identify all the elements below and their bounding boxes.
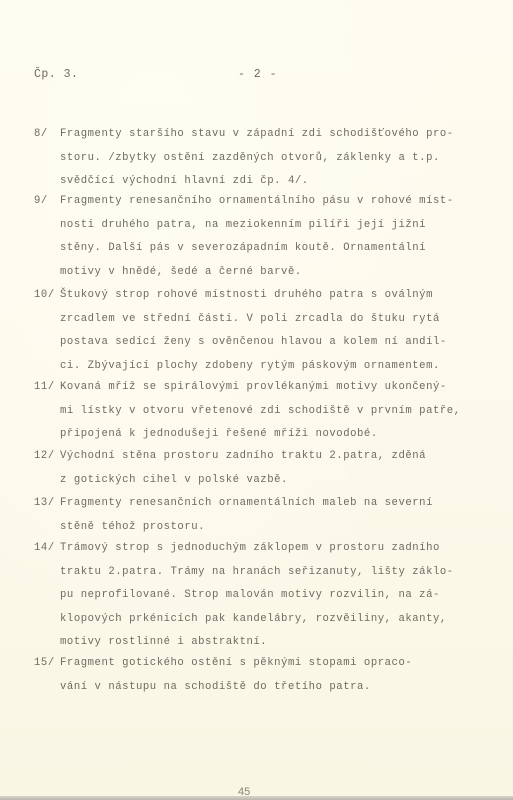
item-line: 14/Trámový strop s jednoduchým záklopem … xyxy=(34,537,504,561)
item-number: 15/ xyxy=(34,652,60,676)
list-item: 11/Kovaná mříž se spirálovými provlékaný… xyxy=(34,376,504,447)
item-line: traktu 2.patra. Trámy na hranách seřizan… xyxy=(34,561,504,585)
item-line: storu. /zbytky ostění zazděných otvorů, … xyxy=(34,147,504,171)
house-number-heading: Čp. 3. xyxy=(34,68,78,81)
list-item: 13/Fragmenty renesančních ornamentálních… xyxy=(34,492,504,539)
item-line: zrcadlem ve střední části. V poli zrcadl… xyxy=(34,308,504,332)
item-line: 12/Východní stěna prostoru zadního trakt… xyxy=(34,445,504,469)
item-text: pu neprofilované. Strop malován motivy r… xyxy=(60,589,440,601)
item-line: 13/Fragmenty renesančních ornamentálních… xyxy=(34,492,504,516)
item-line: 9/Fragmenty renesančního ornamentálního … xyxy=(34,190,504,214)
item-line: 8/Fragmenty staršího stavu v západní zdi… xyxy=(34,123,504,147)
item-line: připojená k jednodušeji řešené mříži nov… xyxy=(34,423,504,447)
item-text: Fragment gotického ostění s pěknými stop… xyxy=(60,657,412,669)
list-item: 14/Trámový strop s jednoduchým záklopem … xyxy=(34,537,504,655)
item-line: postava sedící ženy s ověnčenou hlavou a… xyxy=(34,331,504,355)
item-text: z gotických cihel v polské vazbě. xyxy=(60,474,288,486)
page-number-marker: - 2 - xyxy=(238,68,278,81)
item-text: nosti druhého patra, na meziokenním pilí… xyxy=(60,219,426,231)
item-text: motivy rostlinné i abstraktní. xyxy=(60,636,267,648)
item-line: pu neprofilované. Strop malován motivy r… xyxy=(34,584,504,608)
item-line: 10/Štukový strop rohové místnosti druhéh… xyxy=(34,284,504,308)
item-text: zrcadlem ve střední části. V poli zrcadl… xyxy=(60,313,440,325)
item-text: stěny. Další pás v severozápadním koutě.… xyxy=(60,242,426,254)
item-number: 10/ xyxy=(34,284,60,308)
item-text: ci. Zbývající plochy zdobeny rytým pásko… xyxy=(60,360,440,372)
item-text: Fragmenty renesančního ornamentálního pá… xyxy=(60,195,454,207)
list-item: 15/Fragment gotického ostění s pěknými s… xyxy=(34,652,504,699)
item-line: nosti druhého patra, na meziokenním pilí… xyxy=(34,214,504,238)
item-text: vání v nástupu na schodiště do třetího p… xyxy=(60,681,371,693)
item-number: 9/ xyxy=(34,190,60,214)
item-text: Fragmenty staršího stavu v západní zdi s… xyxy=(60,128,454,140)
list-item: 8/Fragmenty staršího stavu v západní zdi… xyxy=(34,123,504,194)
list-item: 9/Fragmenty renesančního ornamentálního … xyxy=(34,190,504,284)
item-line: z gotických cihel v polské vazbě. xyxy=(34,469,504,493)
list-item: 12/Východní stěna prostoru zadního trakt… xyxy=(34,445,504,492)
item-number: 8/ xyxy=(34,123,60,147)
item-text: storu. /zbytky ostění zazděných otvorů, … xyxy=(60,152,440,164)
item-line: mi lístky v otvoru vřetenové zdi schodiš… xyxy=(34,400,504,424)
item-text: traktu 2.patra. Trámy na hranách seřizan… xyxy=(60,566,454,578)
item-line: ci. Zbývající plochy zdobeny rytým pásko… xyxy=(34,355,504,379)
item-text: mi lístky v otvoru vřetenové zdi schodiš… xyxy=(60,405,461,417)
item-number: 14/ xyxy=(34,537,60,561)
item-line: stěně téhož prostoru. xyxy=(34,516,504,540)
item-line: stěny. Další pás v severozápadním koutě.… xyxy=(34,237,504,261)
item-number: 12/ xyxy=(34,445,60,469)
scan-bottom-edge xyxy=(0,796,513,800)
item-text: Východní stěna prostoru zadního traktu 2… xyxy=(60,450,426,462)
item-line: motivy v hnědé, šedé a černé barvě. xyxy=(34,261,504,285)
item-line: vání v nástupu na schodiště do třetího p… xyxy=(34,676,504,700)
item-text: motivy v hnědé, šedé a černé barvě. xyxy=(60,266,302,278)
item-text: postava sedící ženy s ověnčenou hlavou a… xyxy=(60,336,447,348)
item-text: stěně téhož prostoru. xyxy=(60,521,205,533)
item-text: Fragmenty renesančních ornamentálních ma… xyxy=(60,497,433,509)
item-number: 11/ xyxy=(34,376,60,400)
item-line: 11/Kovaná mříž se spirálovými provlékaný… xyxy=(34,376,504,400)
item-line: klopových prkénicích pak kandelábry, roz… xyxy=(34,608,504,632)
list-item: 10/Štukový strop rohové místnosti druhéh… xyxy=(34,284,504,378)
item-text: Kovaná mříž se spirálovými provlékanými … xyxy=(60,381,447,393)
item-text: připojená k jednodušeji řešené mříži nov… xyxy=(60,428,378,440)
item-line: 15/Fragment gotického ostění s pěknými s… xyxy=(34,652,504,676)
document-page: Čp. 3. - 2 - 8/Fragmenty staršího stavu … xyxy=(0,0,513,800)
item-text: klopových prkénicích pak kandelábry, roz… xyxy=(60,613,447,625)
item-number: 13/ xyxy=(34,492,60,516)
item-text: Trámový strop s jednoduchým záklopem v p… xyxy=(60,542,440,554)
item-text: Štukový strop rohové místnosti druhého p… xyxy=(60,289,433,301)
item-text: svědčící východní hlavní zdi čp. 4/. xyxy=(60,175,309,187)
